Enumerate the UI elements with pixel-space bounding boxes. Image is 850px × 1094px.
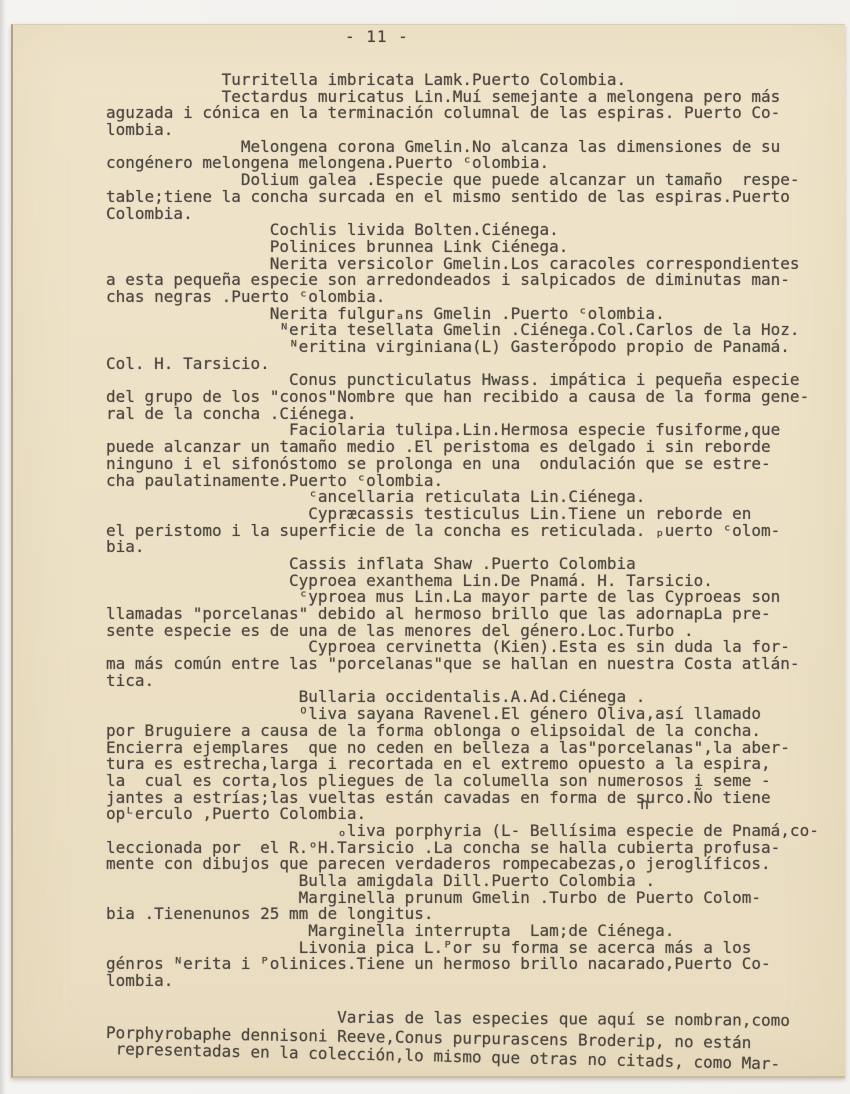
document-page: - 11 - Turritella imbricata Lamk.Puerto … (11, 24, 845, 1078)
text-line: el peristomo i la superficie de la conch… (106, 523, 845, 540)
text-line: aguzada i cónica en la terminación colum… (106, 105, 845, 122)
text-line: lombia. (106, 973, 845, 990)
text-line: por Bruguiere a causa de la forma oblong… (106, 723, 845, 740)
stray-typed-letter: n (640, 795, 649, 813)
text-line: ninguno i el sifonóstomo se prolonga en … (106, 456, 845, 473)
text-line: ma más común entre las "porcelanas"que s… (106, 656, 845, 673)
scan-background: - 11 - Turritella imbricata Lamk.Puerto … (0, 0, 850, 1094)
text-line: génros ᴺerita i ᴾolinices.Tiene un hermo… (106, 956, 845, 973)
page-number: - 11 - (345, 27, 409, 46)
text-line: table;tiene la concha surcada en el mism… (106, 189, 845, 206)
text-block: Turritella imbricata Lamk.Puerto Colombi… (13, 72, 845, 1058)
